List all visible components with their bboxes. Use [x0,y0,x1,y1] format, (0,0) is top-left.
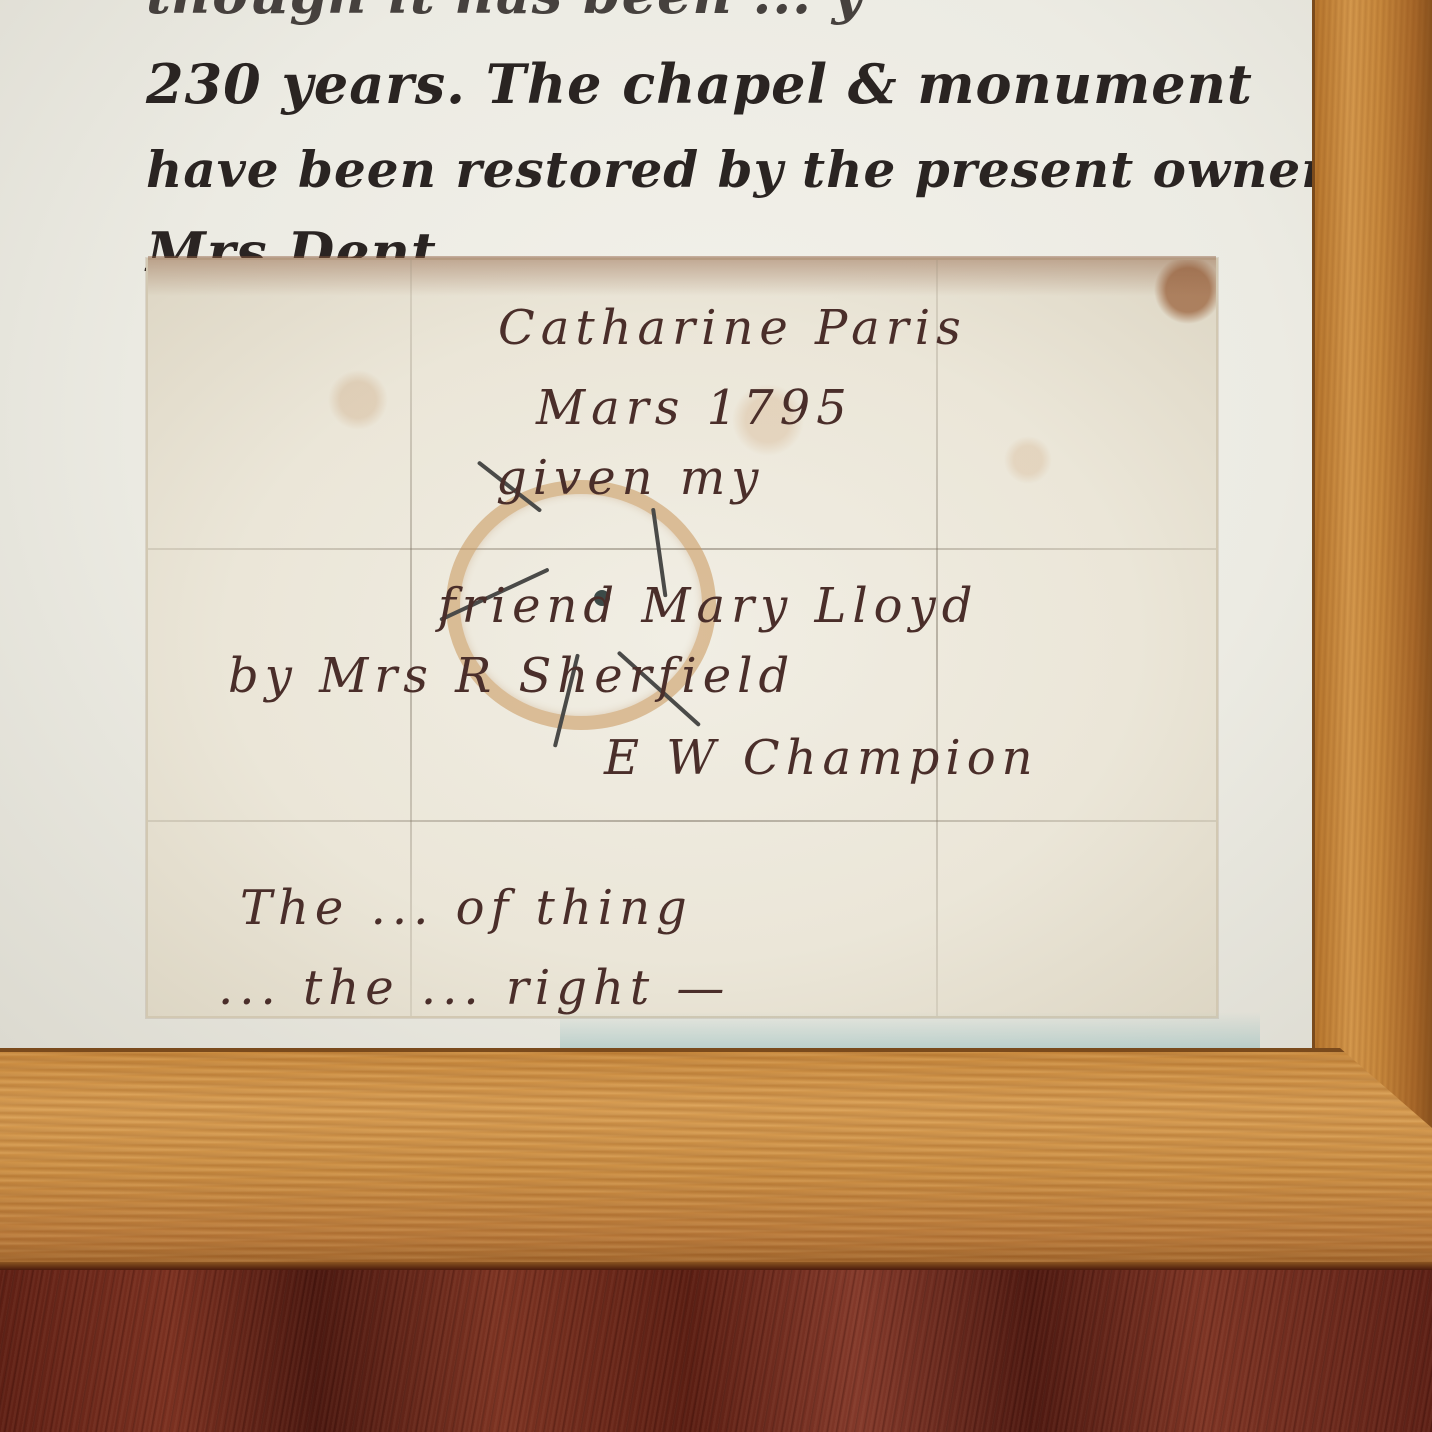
letter-line: ... the ... right — [218,960,730,1016]
frame-bottom-edge [0,1262,1432,1270]
letter-line: given my [496,450,764,506]
letter-line: friend Mary Lloyd [438,578,978,634]
table-surface [0,1262,1432,1432]
letter-line: The ... of thing [240,880,693,936]
fold-line [148,820,1216,822]
mat-paper: though it has been ... y 230 years. The … [0,0,1314,1050]
caption-handwriting: though it has been ... y 230 years. The … [146,0,1226,290]
letter-line: Catharine Paris [498,300,967,356]
caption-line: have been restored by the present owner [146,132,1226,208]
old-letter: Catharine Paris Mars 1795 given my frien… [146,258,1218,1018]
letter-line: E W Champion [604,730,1039,786]
fold-line [936,260,938,1016]
letter-stain-edge [148,256,1216,296]
letter-line: Mars 1795 [536,380,853,436]
frame-bottom-rail [0,1048,1432,1270]
glass-glare [560,1012,1260,1050]
letter-line: by Mrs R Sherfield [228,648,795,704]
caption-line: though it has been ... y [146,0,1226,32]
caption-line: 230 years. The chapel & monument [146,46,1226,122]
